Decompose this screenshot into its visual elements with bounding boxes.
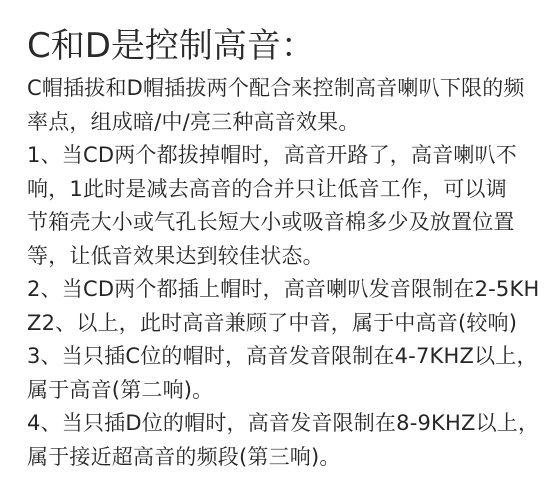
item-2-line-1: 2、当CD两个都插上帽时，高音喇叭发音限制在2-5KH xyxy=(27,273,537,307)
item-1-line-3: 节箱壳大小或气孔长短大小或吸音棉多少及放置位置 xyxy=(27,206,537,240)
item-3-line-1: 3、当只插C位的帽时，高音发音限制在4-7KHZ以上， xyxy=(27,340,537,374)
intro-line-2: 率点，组成暗/中/亮三种高音效果。 xyxy=(27,106,537,140)
item-1-line-2: 响，1此时是减去高音的合并只让低音工作，可以调 xyxy=(27,173,537,207)
intro-line-1: C帽插拔和D帽插拔两个配合来控制高音喇叭下限的频 xyxy=(27,72,537,106)
document-title: C和D是控制高音： xyxy=(27,24,537,68)
item-3-line-2: 属于高音(第二响)。 xyxy=(27,374,537,408)
item-4-line-1: 4、当只插D位的帽时，高音发音限制在8-9KHZ以上， xyxy=(27,407,537,441)
item-1-line-1: 1、当CD两个都拔掉帽时，高音开路了，高音喇叭不 xyxy=(27,139,537,173)
item-4-line-2: 属于接近超高音的频段(第三响)。 xyxy=(27,441,537,475)
item-1-line-4: 等，让低音效果达到较佳状态。 xyxy=(27,240,537,274)
item-2-line-2: Z2、以上，此时高音兼顾了中音，属于中高音(较响) xyxy=(27,307,537,341)
document-body: C和D是控制高音： C帽插拔和D帽插拔两个配合来控制高音喇叭下限的频 率点，组成… xyxy=(27,24,537,474)
